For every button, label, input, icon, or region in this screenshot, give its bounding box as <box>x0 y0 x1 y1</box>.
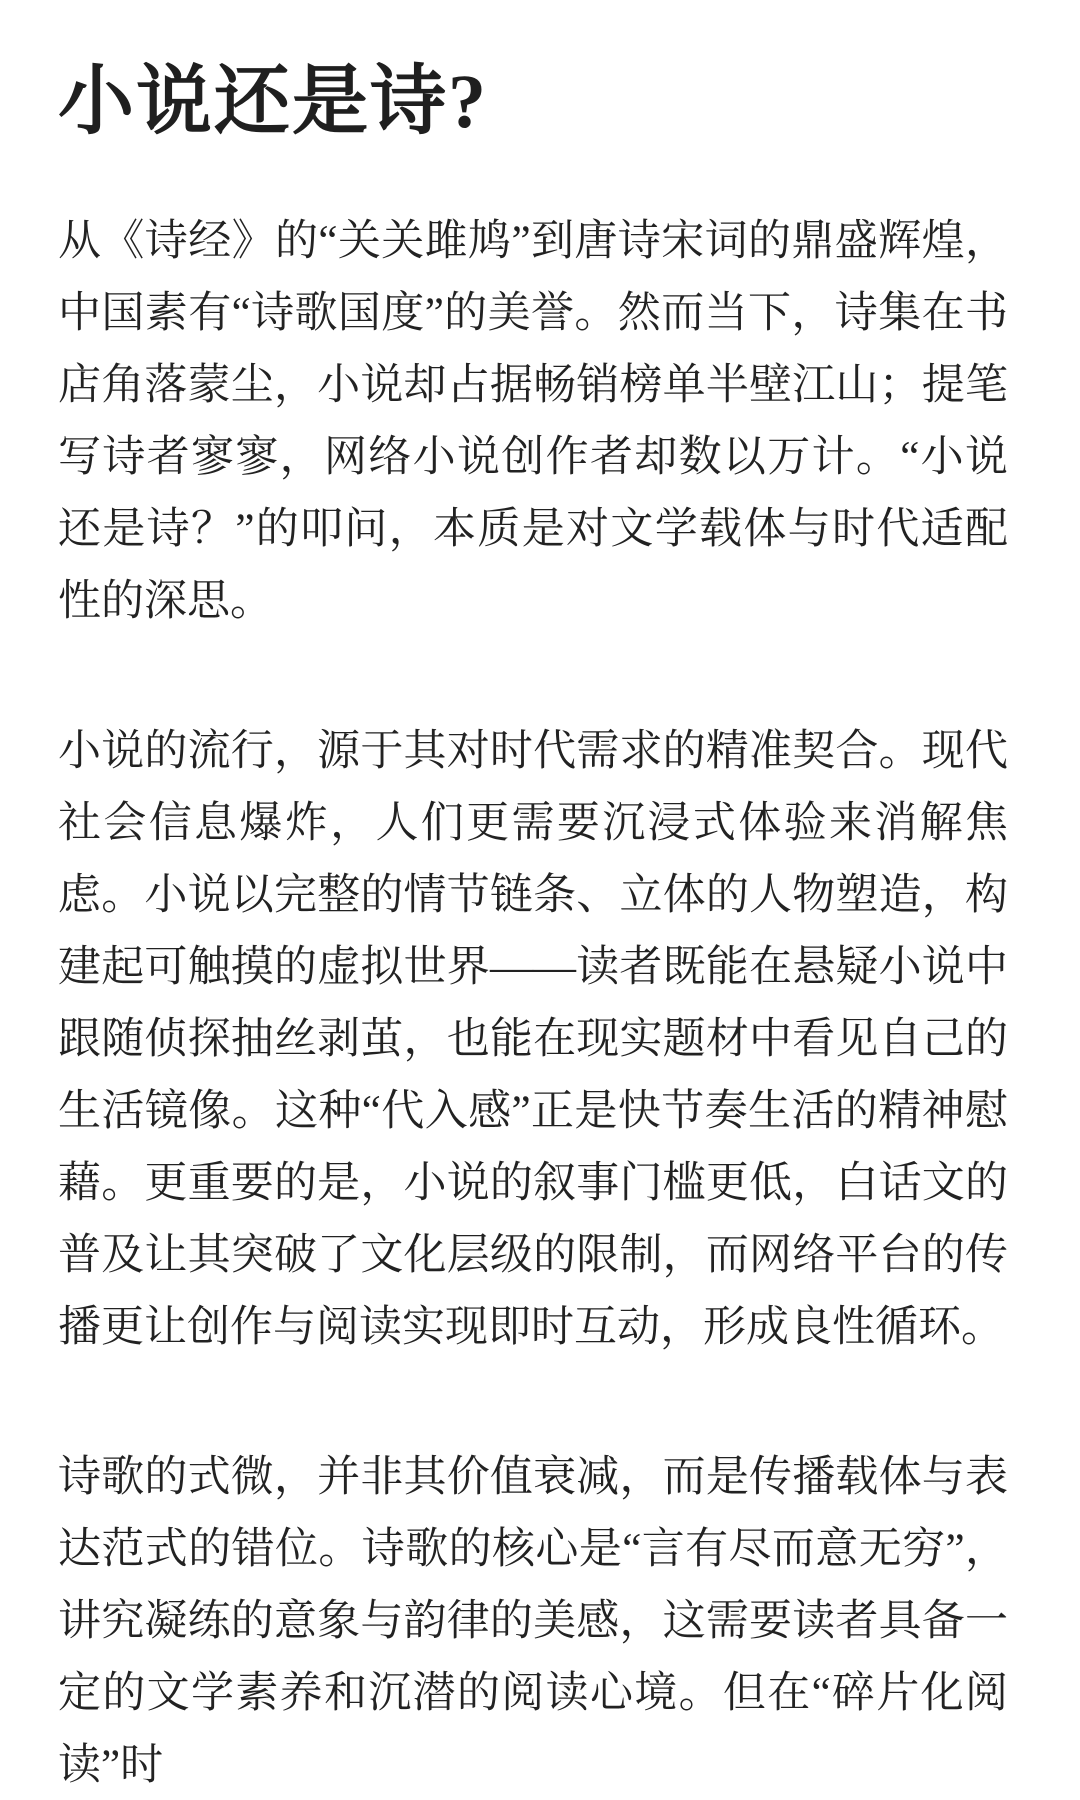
paragraph-novel-popularity: 小说的流行，源于其对时代需求的精准契合。现代社会信息爆炸，人们更需要沉浸式体验来… <box>58 716 1008 1364</box>
paragraph-poetry-decline: 诗歌的式微，并非其价值衰减，而是传播载体与表达范式的错位。诗歌的核心是“言有尽而… <box>58 1442 1008 1800</box>
article-title: 小说还是诗? <box>58 56 1008 148</box>
article-body: 从《诗经》的“关关雎鸠”到唐诗宋词的鼎盛辉煌，中国素有“诗歌国度”的美誉。然而当… <box>58 206 1008 1800</box>
article: 小说还是诗? 从《诗经》的“关关雎鸠”到唐诗宋词的鼎盛辉煌，中国素有“诗歌国度”… <box>0 0 1080 1800</box>
paragraph-intro: 从《诗经》的“关关雎鸠”到唐诗宋词的鼎盛辉煌，中国素有“诗歌国度”的美誉。然而当… <box>58 206 1008 638</box>
